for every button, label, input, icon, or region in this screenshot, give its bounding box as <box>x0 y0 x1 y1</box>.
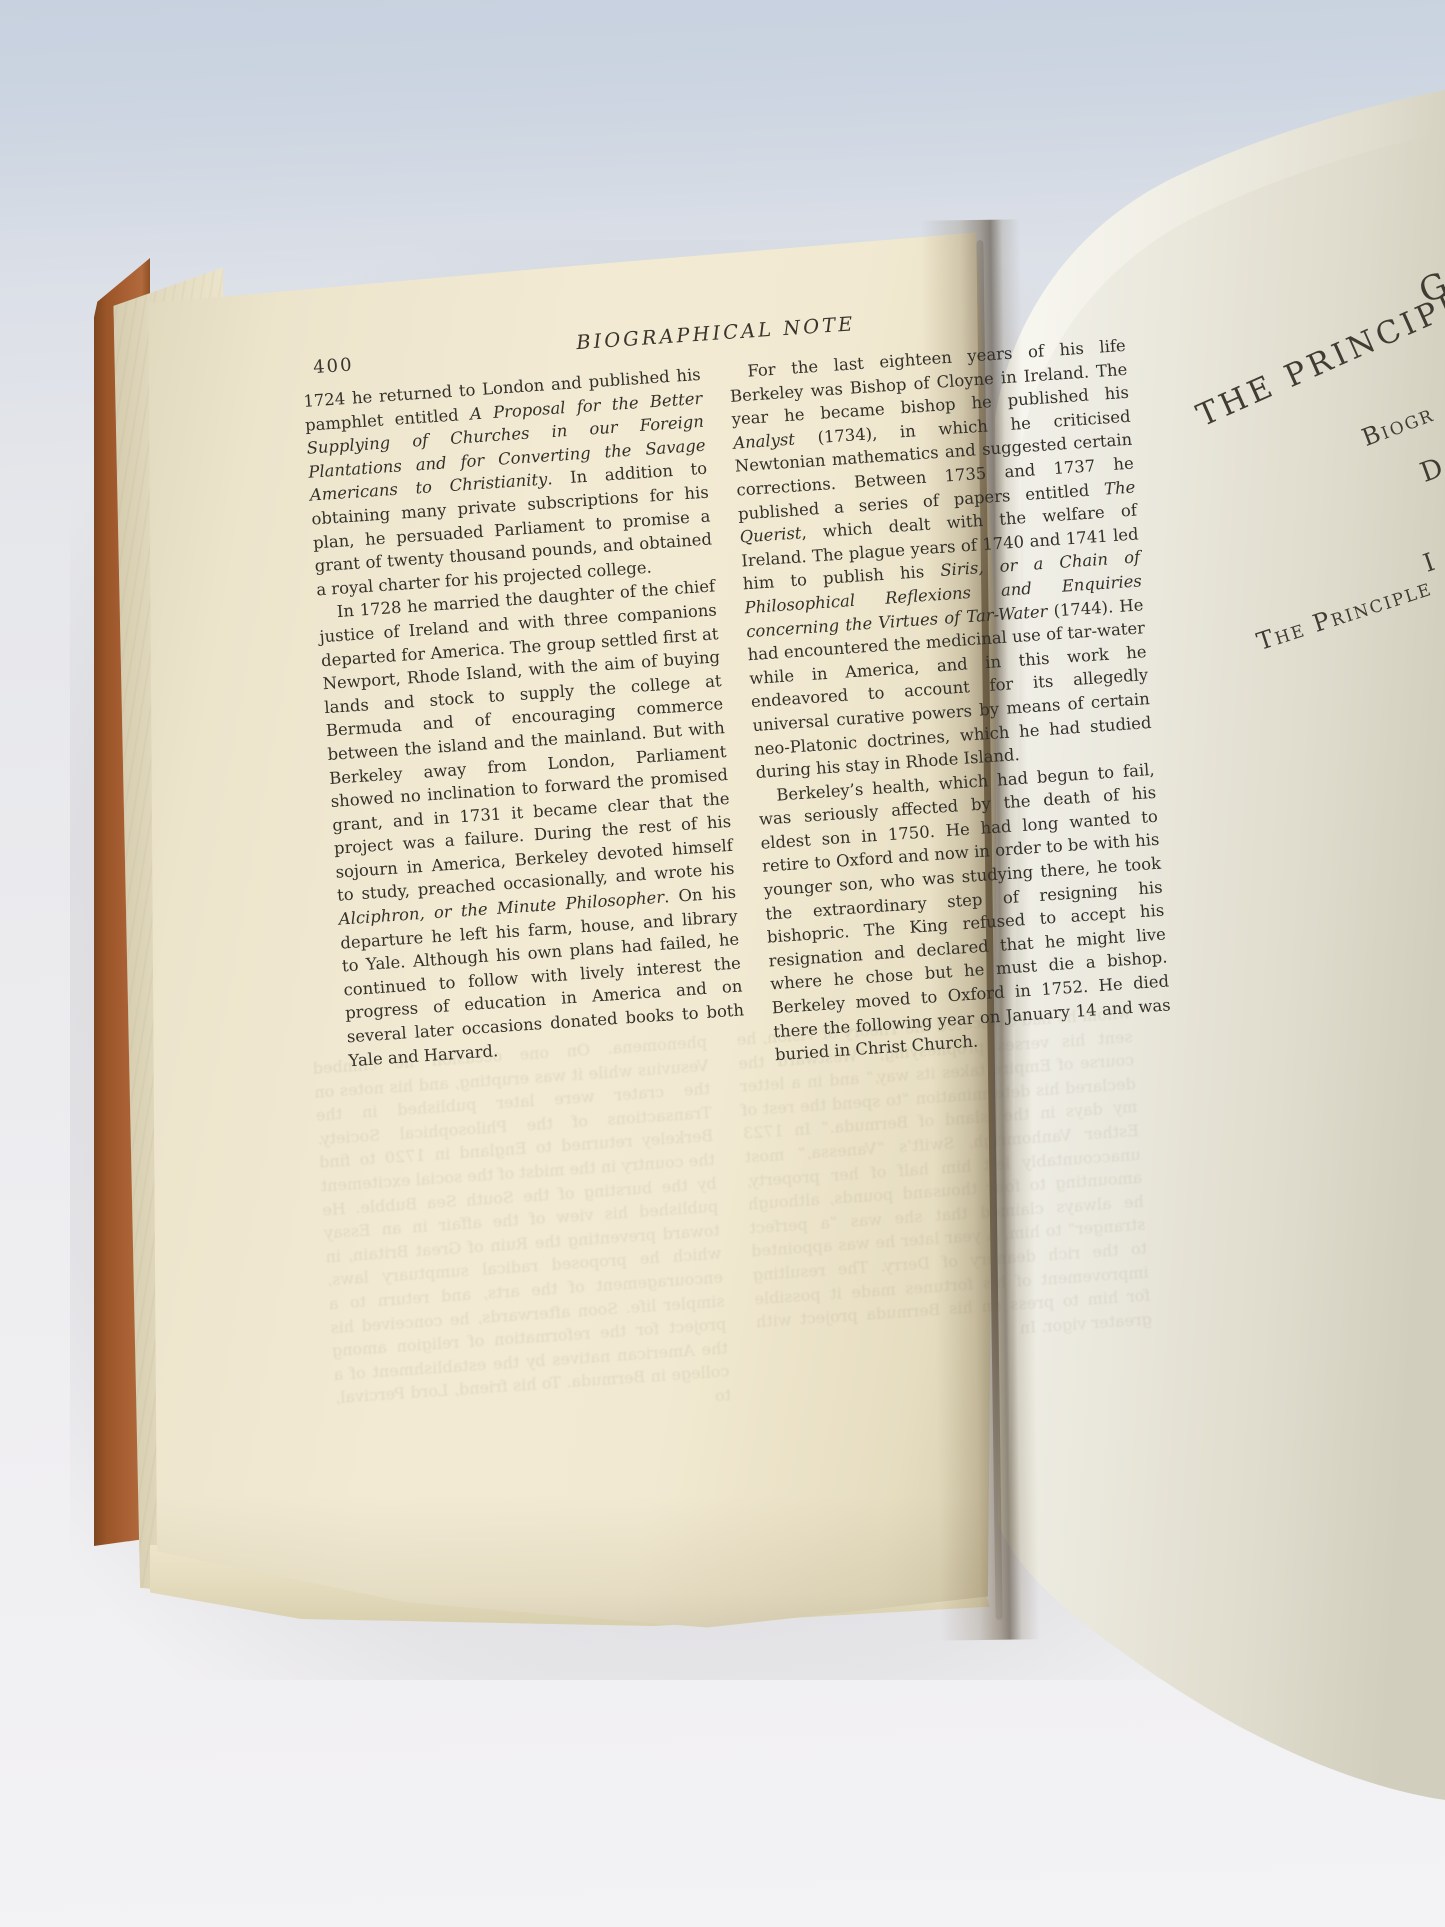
text-columns: 1724 he returned to London and published… <box>303 333 1181 1096</box>
book-photo: 400 BIOGRAPHICAL NOTE 1724 he returned t… <box>0 0 1445 1927</box>
paragraph: In 1728 he married the daughter of the c… <box>317 575 746 1073</box>
paragraph: For the last eighteen years of his life … <box>728 334 1154 785</box>
paragraph: 1724 he returned to London and published… <box>303 363 715 602</box>
left-page-content: 400 BIOGRAPHICAL NOTE 1724 he returned t… <box>300 293 1181 1096</box>
paragraph: Berkeley’s health, which had begun to fa… <box>757 758 1173 1068</box>
column-one: 1724 he returned to London and published… <box>303 363 748 1096</box>
column-two: For the last eighteen years of his life … <box>728 334 1173 1067</box>
